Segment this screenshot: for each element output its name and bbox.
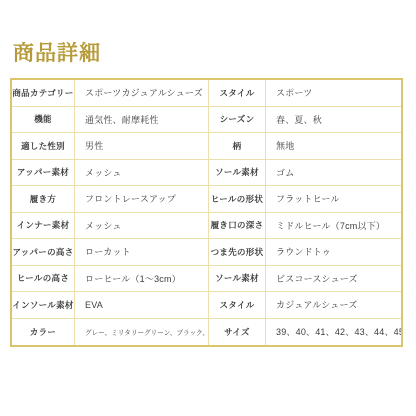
spec-label: つま先の形状 <box>209 239 266 266</box>
spec-label: スタイル <box>209 80 266 107</box>
spec-label: 適した性別 <box>12 133 75 160</box>
product-spec-table: 商品カテゴリー スポーツカジュアルシューズ スタイル スポーツ 機能 通気性、耐… <box>10 78 403 347</box>
spec-value: ゴム <box>266 160 401 187</box>
spec-label: ヒールの形状 <box>209 186 266 213</box>
spec-value: カジュアルシューズ <box>266 292 401 319</box>
spec-label: サイズ <box>209 319 266 346</box>
page-title: 商品詳細 <box>13 37 101 67</box>
spec-label: インソール素材 <box>12 292 75 319</box>
spec-value: スポーツカジュアルシューズ <box>75 80 209 107</box>
spec-label: 柄 <box>209 133 266 160</box>
spec-label: カラー <box>12 319 75 346</box>
spec-label: インナー素材 <box>12 213 75 240</box>
spec-label: ヒールの高さ <box>12 266 75 293</box>
spec-label: 商品カテゴリー <box>12 80 75 107</box>
spec-value: グレー、ミリタリーグリーン、ブラック、ブラウン <box>75 319 209 346</box>
spec-value: 通気性、耐摩耗性 <box>75 107 209 134</box>
spec-value: 男性 <box>75 133 209 160</box>
spec-label: ソール素材 <box>209 266 266 293</box>
spec-value: スポーツ <box>266 80 401 107</box>
spec-label: 履き方 <box>12 186 75 213</box>
spec-label: シーズン <box>209 107 266 134</box>
spec-value: ローヒール（1～3cm） <box>75 266 209 293</box>
spec-label: 機能 <box>12 107 75 134</box>
spec-value: メッシュ <box>75 160 209 187</box>
spec-value: ローカット <box>75 239 209 266</box>
spec-value: メッシュ <box>75 213 209 240</box>
product-detail-page: 商品詳細 商品カテゴリー スポーツカジュアルシューズ スタイル スポーツ 機能 … <box>0 0 416 416</box>
spec-value: ラウンドトゥ <box>266 239 401 266</box>
spec-value: ビスコースシューズ <box>266 266 401 293</box>
spec-value: 無地 <box>266 133 401 160</box>
spec-value: EVA <box>75 292 209 319</box>
spec-value: 春、夏、秋 <box>266 107 401 134</box>
spec-label: スタイル <box>209 292 266 319</box>
spec-value: フロントレースアップ <box>75 186 209 213</box>
spec-value: ミドルヒール（7cm以下） <box>266 213 401 240</box>
spec-label: 履き口の深さ <box>209 213 266 240</box>
spec-label: アッパーの高さ <box>12 239 75 266</box>
spec-value: 39、40、41、42、43、44、45 <box>266 319 401 346</box>
spec-label: ソール素材 <box>209 160 266 187</box>
spec-label: アッパー素材 <box>12 160 75 187</box>
spec-value: フラットヒール <box>266 186 401 213</box>
